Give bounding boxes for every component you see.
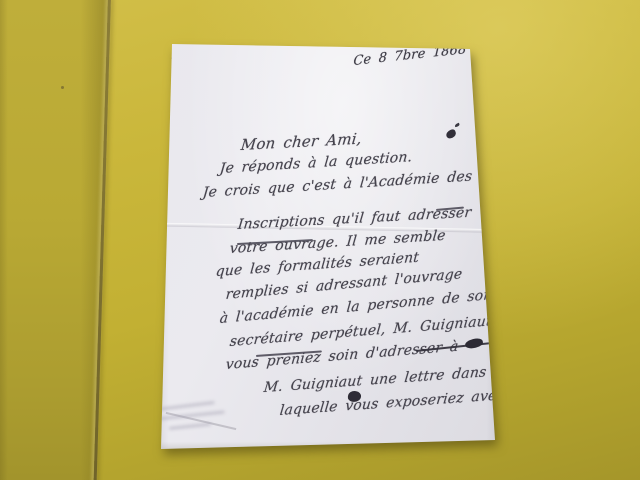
ink-offset-ghost [157, 401, 215, 411]
ink-flourish-blot [464, 337, 484, 350]
letter-line: Mon cher Ami, [240, 130, 363, 154]
letter-date: Ce 8 7bre 1868 [353, 42, 467, 69]
ink-offset-ghost [169, 423, 211, 430]
pencil-corner-mark: 2 [167, 52, 173, 62]
letter-paper-wrap: 2 Ce 8 7bre 1868 Mon cher Ami, Je répond… [0, 0, 640, 480]
letter-paper: 2 Ce 8 7bre 1868 Mon cher Ami, Je répond… [155, 40, 500, 454]
ink-blot [445, 128, 457, 139]
photo-scene: 2 Ce 8 7bre 1868 Mon cher Ami, Je répond… [0, 0, 640, 480]
